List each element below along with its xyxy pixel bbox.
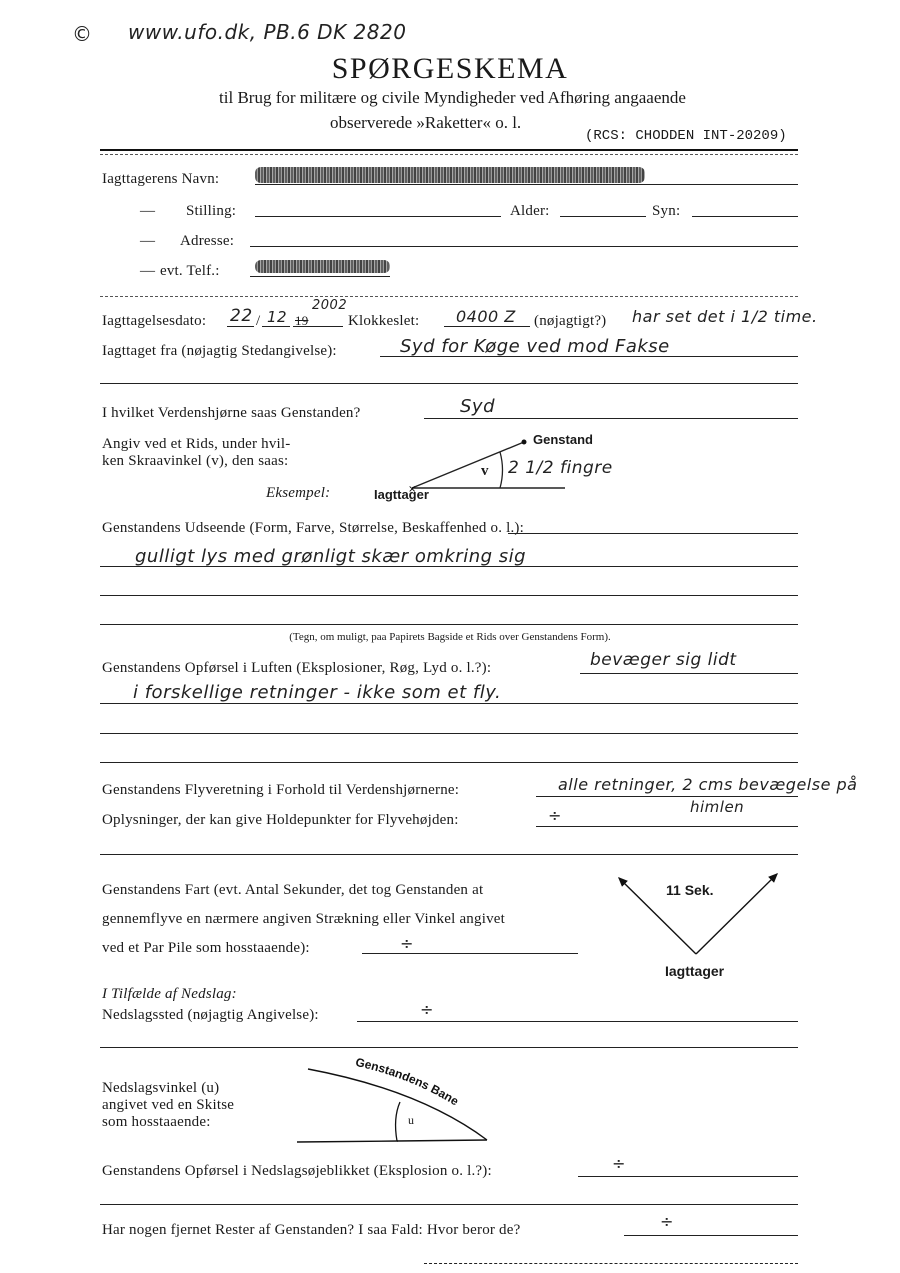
name-label: Iagttagerens Navn: xyxy=(102,171,219,188)
flight-direction-value-1[interactable]: alle retninger, 2 cms bevægelse på xyxy=(558,775,857,794)
behaviour-air-field-3[interactable] xyxy=(100,733,798,734)
impact-place-label: Nedslagssted (nøjagtig Angivelse): xyxy=(102,1007,319,1024)
behaviour-air-label: Genstandens Opførsel i Luften (Eksplosio… xyxy=(102,660,491,677)
location-field-2[interactable] xyxy=(100,383,798,384)
date-year-line xyxy=(293,326,343,327)
appearance-field[interactable] xyxy=(508,533,798,534)
flight-direction-field[interactable] xyxy=(536,796,798,797)
address-field[interactable] xyxy=(250,246,798,247)
angle-value[interactable]: 2 1/2 fingre xyxy=(508,458,613,478)
header-rule xyxy=(100,149,798,151)
diagram-angle: v xyxy=(481,463,489,480)
angle-label-2: ken Skraavinkel (v), den saas: xyxy=(102,453,288,470)
name-redaction xyxy=(255,167,645,183)
impact-place-field-2[interactable] xyxy=(100,1047,798,1048)
behaviour-air-field[interactable] xyxy=(580,673,798,674)
date-day[interactable]: 22 xyxy=(230,306,253,326)
behaviour-air-field-4[interactable] xyxy=(100,762,798,763)
impact-place-value[interactable]: ÷ xyxy=(420,1000,434,1019)
age-field[interactable] xyxy=(560,216,646,217)
speed-diagram-observer: Iagttager xyxy=(665,963,724,979)
name-field[interactable] xyxy=(255,184,798,185)
appearance-value[interactable]: gulligt lys med grønligt skær omkring si… xyxy=(135,546,526,567)
page-title: SPØRGESKEMA xyxy=(0,52,900,86)
appearance-label: Genstandens Udseende (Form, Farve, Størr… xyxy=(102,520,524,537)
impact-place-field[interactable] xyxy=(357,1021,798,1022)
diagram-observer: Iagttager xyxy=(374,487,429,502)
appearance-field-4[interactable] xyxy=(100,624,798,625)
remains-label: Har nogen fjernet Rester af Genstanden? … xyxy=(102,1222,520,1239)
reference-code: (RCS: CHODDEN INT-20209) xyxy=(585,128,787,144)
impact-diagram-angle: u xyxy=(408,1113,414,1128)
impact-angle-label-2: angivet ved en Skitse xyxy=(102,1097,234,1114)
address-dash: — xyxy=(140,233,155,250)
remains-field[interactable] xyxy=(624,1235,798,1236)
subtitle-line-1: til Brug for militære og civile Myndighe… xyxy=(0,88,900,108)
direction-label: I hvilket Verdenshjørne saas Genstanden? xyxy=(102,405,360,422)
age-label: Alder: xyxy=(510,203,550,220)
flight-direction-label: Genstandens Flyveretning i Forhold til V… xyxy=(102,782,459,799)
phone-label: evt. Telf.: xyxy=(160,263,220,280)
date-label: Iagttagelsesdato: xyxy=(102,313,206,330)
location-field[interactable] xyxy=(380,356,798,357)
impact-angle-label-3: som hosstaaende: xyxy=(102,1114,211,1131)
flight-direction-value-2[interactable]: himlen xyxy=(690,798,744,816)
location-label: Iagttaget fra (nøjagtig Stedangivelse): xyxy=(102,343,337,360)
date-sep: / xyxy=(256,313,260,330)
impact-behaviour-value[interactable]: ÷ xyxy=(612,1154,626,1173)
behaviour-air-value-2[interactable]: i forskellige retninger - ikke som et fl… xyxy=(133,682,501,703)
appearance-field-2[interactable] xyxy=(100,566,798,567)
altitude-field-2[interactable] xyxy=(100,854,798,855)
speed-value[interactable]: ÷ xyxy=(400,934,414,953)
header-rule-thin xyxy=(100,154,798,155)
date-month[interactable]: 12 xyxy=(267,308,287,326)
sight-label: Syn: xyxy=(652,203,680,220)
speed-label-3: ved et Par Pile som hosstaaende): xyxy=(102,940,310,957)
date-month-line xyxy=(262,326,290,327)
speed-label-1: Genstandens Fart (evt. Antal Sekunder, d… xyxy=(102,882,483,899)
time-label: Klokkeslet: xyxy=(348,313,419,330)
address-label: Adresse: xyxy=(180,233,234,250)
angle-label-1: Angiv ved et Rids, under hvil- xyxy=(102,436,290,453)
direction-value[interactable]: Syd xyxy=(460,396,495,417)
time-line xyxy=(444,326,530,327)
exact-label: (nøjagtigt?) xyxy=(534,313,606,330)
speed-diagram-seconds: 11 Sek. xyxy=(666,882,714,898)
time-value[interactable]: 0400 Z xyxy=(456,307,516,326)
phone-dash: — xyxy=(140,263,155,280)
position-field[interactable] xyxy=(255,216,501,217)
remains-field-2[interactable] xyxy=(424,1263,798,1264)
appearance-field-3[interactable] xyxy=(100,595,798,596)
diagram-object: Genstand xyxy=(533,432,593,447)
remains-value[interactable]: ÷ xyxy=(660,1212,674,1231)
behaviour-air-field-2[interactable] xyxy=(100,703,798,704)
sight-field[interactable] xyxy=(692,216,798,217)
section-divider-1 xyxy=(100,296,798,297)
impact-behaviour-field-2[interactable] xyxy=(100,1204,798,1205)
annotation-top: www.ufo.dk, PB.6 DK 2820 xyxy=(128,20,406,44)
speed-label-2: gennemflyve en nærmere angiven Strækning… xyxy=(102,911,505,928)
example-label: Eksempel: xyxy=(266,485,330,502)
subtitle-line-2: observerede »Raketter« o. l. xyxy=(330,113,521,133)
impact-behaviour-field[interactable] xyxy=(578,1176,798,1177)
phone-redaction xyxy=(255,260,390,273)
annotation-mark: © xyxy=(72,22,93,46)
date-year[interactable]: 2002 xyxy=(312,298,347,313)
position-dash: — xyxy=(140,203,155,220)
speed-field[interactable] xyxy=(362,953,578,954)
altitude-label: Oplysninger, der kan give Holdepunkter f… xyxy=(102,812,459,829)
date-day-line xyxy=(227,326,254,327)
behaviour-air-value-1[interactable]: bevæger sig lidt xyxy=(590,650,737,670)
exact-note[interactable]: har set det i 1/2 time. xyxy=(632,307,818,326)
impact-behaviour-label: Genstandens Opførsel i Nedslagsøjeblikke… xyxy=(102,1163,492,1180)
direction-field[interactable] xyxy=(424,418,798,419)
position-label: Stilling: xyxy=(186,203,236,220)
impact-diagram-path: Genstandens Bane xyxy=(354,1055,461,1108)
impact-angle-label-1: Nedslagsvinkel (u) xyxy=(102,1080,219,1097)
altitude-value[interactable]: ÷ xyxy=(548,806,562,825)
phone-field[interactable] xyxy=(250,276,390,277)
impact-section-label: I Tilfælde af Nedslag: xyxy=(102,986,237,1003)
location-value[interactable]: Syd for Køge ved mod Fakse xyxy=(400,336,670,357)
altitude-field[interactable] xyxy=(536,826,798,827)
svg-text:Genstandens Bane: Genstandens Bane xyxy=(354,1055,461,1108)
appearance-note: (Tegn, om muligt, paa Papirets Bagside e… xyxy=(0,631,900,643)
